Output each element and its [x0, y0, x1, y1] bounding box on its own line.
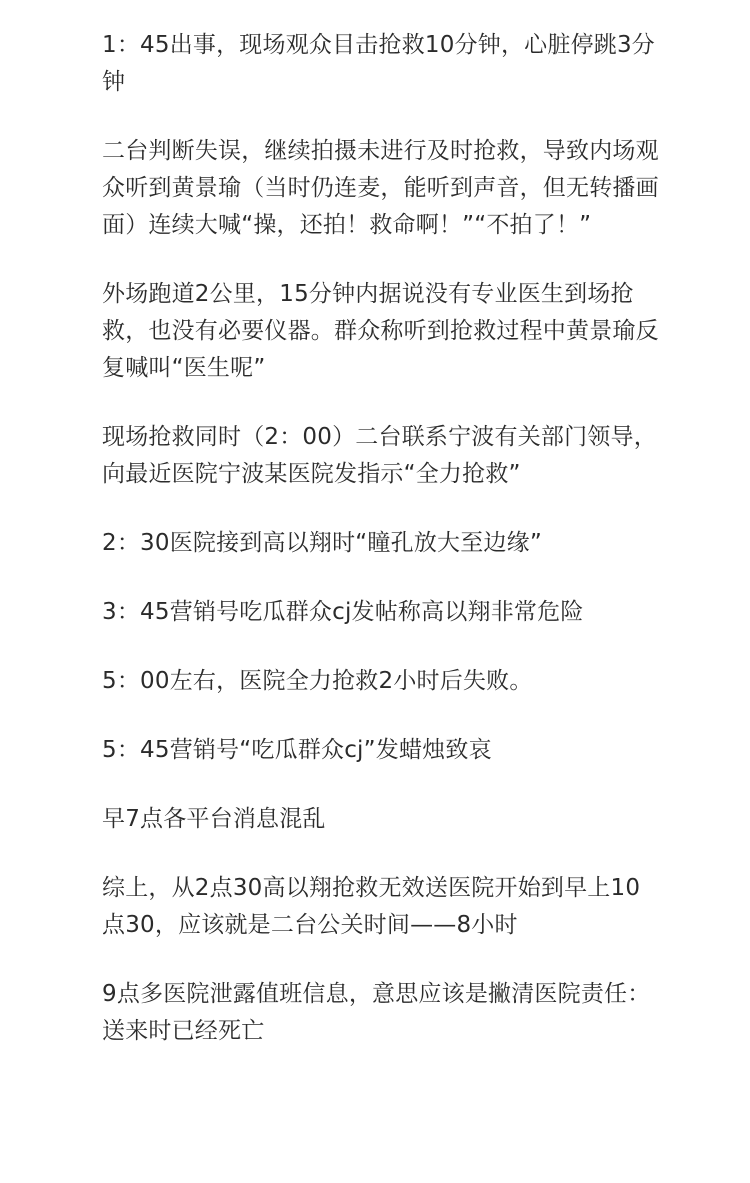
paragraph-candle-post: 5：45营销号“吃瓜群众cj”发蜡烛致哀 [102, 732, 662, 769]
paragraph-marketing-post: 3：45营销号吃瓜群众cj发帖称高以翔非常危险 [102, 594, 662, 631]
paragraph-hospital-contact: 现场抢救同时（2：00）二台联系宁波有关部门领导，向最近医院宁波某医院发指示“全… [102, 419, 662, 493]
paragraph-track-distance: 外场跑道2公里，15分钟内据说没有专业医生到场抢救，也没有必要仪器。群众称听到抢… [102, 276, 662, 387]
paragraph-hospital-leak: 9点多医院泄露值班信息，意思应该是撇清医院责任：送来时已经死亡 [102, 976, 662, 1050]
paragraph-summary: 综上，从2点30高以翔抢救无效送医院开始到早上10点30，应该就是二台公关时间—… [102, 870, 662, 944]
paragraph-hospital-arrival: 2：30医院接到高以翔时“瞳孔放大至边缘” [102, 525, 662, 562]
paragraph-filming-error: 二台判断失误，继续拍摄未进行及时抢救，导致内场观众听到黄景瑜（当时仍连麦，能听到… [102, 133, 662, 244]
paragraph-platform-confusion: 早7点各平台消息混乱 [102, 801, 662, 838]
paragraph-incident-time: 1：45出事，现场观众目击抢救10分钟，心脏停跳3分钟 [102, 27, 662, 101]
paragraph-rescue-failed: 5：00左右，医院全力抢救2小时后失败。 [102, 663, 662, 700]
document-body: 1：45出事，现场观众目击抢救10分钟，心脏停跳3分钟 二台判断失误，继续拍摄未… [102, 27, 662, 1082]
